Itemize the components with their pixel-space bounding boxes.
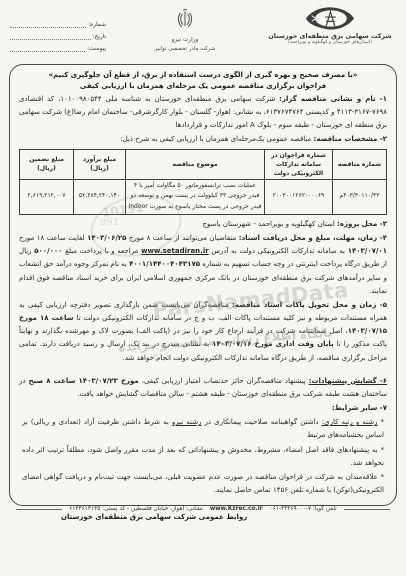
notice-title: فراخوان برگزاری مناقصه عمومی یک مرحله‌ای…: [19, 82, 387, 90]
item5-label: ۵- زمان و محل تحویل پاکات اسناد مناقصه:: [232, 301, 387, 309]
public-relations-signature: روابط عمومی شرکت سهامی برق منطقه‌ای خوزس…: [19, 513, 387, 521]
parent-company-name: شرکت مادر تخصصی توانیر: [130, 46, 240, 52]
item2-text: مناقصه عمومی یک‌مرحله‌ای همزمان با ارزیا…: [120, 135, 313, 143]
footer-right-rule: [344, 509, 390, 510]
item2-tender-specs: ۲- مشخصات مناقصه: مناقصه عمومی یک‌مرحله‌…: [19, 133, 387, 146]
item4-t4: مراجعه و با پرداخت مبلغ: [62, 247, 141, 255]
item3-label: ۳- محل پروژه:: [337, 220, 387, 228]
bullet-star: *: [378, 473, 384, 481]
scan-smudge: ~ ·: [318, 3, 388, 10]
item5-envelope-delivery: ۵- زمان و محل تحویل پاکات اسناد مناقصه: …: [19, 299, 387, 365]
item6-label: ۶- گشایش پیشنهادات:: [309, 377, 387, 385]
footer-address: نشانی: اهواز، خیابان فلسطین - کد پستی: ۶…: [69, 506, 203, 512]
header-setad-number: شماره فراخوان در سامانه تدارکات الکترونی…: [265, 149, 333, 179]
header-tender-number: شماره مناقصه: [333, 149, 387, 179]
item4-t2: لغایت ساعت ۱۸ مورخ: [19, 234, 87, 242]
item6-t1: پیشنهاد مناقصه‌گران حائز حدنصاب امتیاز ا…: [139, 377, 309, 385]
energy-slogan: «با مصرف صحیح و بهره گیری از الگوی درست …: [19, 71, 387, 79]
tender-table: شماره مناقصه شماره فراخوان در سامانه تدا…: [19, 149, 387, 215]
number-label: شماره:: [88, 22, 106, 28]
field-attachment: پیوست:: [10, 40, 106, 52]
date-label: تاریخ:: [93, 34, 107, 40]
condition1-lead: رشته و رتبه کاری:: [322, 418, 378, 426]
bullet-star: *: [377, 418, 384, 426]
condition-token-registration: * علاقه‌مندان به شرکت در فراخوان مناقصه …: [22, 471, 384, 497]
iran-emblem-icon: [176, 8, 194, 31]
condition-field-grade: * رشته و رتبه کاری: داشتن گواهینامه صلاح…: [22, 416, 384, 442]
conditions-list: * رشته و رتبه کاری: داشتن گواهینامه صلاح…: [19, 416, 387, 497]
number-dotted-line: [10, 19, 86, 28]
condition-invalid-bids: * به پیشنهادهای فاقد اصل امضاء، مشروط، م…: [22, 444, 384, 470]
item1-bidder-name-address: ۱- نام و نشانی مناقصه گزار: شرکت سهامی ب…: [19, 93, 387, 132]
ministry-name: وزارت نیرو: [130, 37, 240, 43]
scanned-tender-document: شرکت سهامی برق منطقه‌ای خوزستان (استان‌ه…: [0, 0, 406, 576]
item3-text: استان کهگیلویه و بویراحمد - شهرستان یاسو…: [203, 220, 338, 228]
footer-website: www.Kzrec.co.ir: [210, 506, 263, 512]
tender-table-header-row: شماره مناقصه شماره فراخوان در سامانه تدا…: [20, 149, 387, 179]
condition2-text: به پیشنهادهای فاقد اصل امضاء، مشروط، مخد…: [22, 446, 384, 467]
notice-box: «با مصرف صحیح و بهره گیری از الگوی درست …: [9, 64, 397, 506]
scan-edge-band: [78, 565, 406, 576]
date-dotted-line: [10, 31, 91, 40]
company-block: شرکت سهامی برق منطقه‌ای خوزستان (استان‌ه…: [264, 6, 396, 47]
cell-subject: عملیات نصب ترانسفورماتور ۵۰ مگاولت آمپر …: [126, 179, 265, 214]
footer-phone: تلفن گویا: ۷-۳۳۳۶۹۰۰۰-۰۶۱: [270, 506, 337, 512]
item4-t3: به سامانه تدارکات الکترونیکی دولت به آدر…: [209, 247, 348, 255]
condition3-text: علاقه‌مندان به شرکت در فراخوان مناقصه در…: [22, 473, 384, 494]
attachment-label: پیوست:: [87, 46, 106, 52]
item4-label: ۴- زمان، مهلت، مبلغ و محل دریافت اسناد:: [239, 234, 387, 242]
cell-estimate: ۵۲,۳۸۴,۲۴۰,۱۴۰: [74, 179, 126, 214]
header-guarantee: مبلغ تضمین (ریال): [20, 149, 74, 179]
item4-end-date: ۱۴۰۳/۰۷/۰۱: [348, 247, 387, 255]
item5-delivery-deadline: پایان وقت اداری مورخ ۱۴۰۳/۰۷/۱۶: [212, 340, 333, 348]
cell-guarantee: ۲,۶۱۹,۲۱۲,۰۰۷: [20, 179, 74, 214]
header-subject: موضوع مناقصه: [126, 149, 265, 179]
item6-opening-date: مورخ ۱۴۰۳/۰۷/۲۳ ساعت ۸ صبح: [28, 377, 138, 385]
item4-fee-amount: ۵۰۰/۰۰۰: [34, 247, 62, 255]
company-subtitle: (استان‌های خوزستان و کهگیلویه و بویراحمد…: [264, 40, 396, 46]
item7-label: ۷- سایر شرایط:: [332, 404, 387, 412]
condition1-t1: داشتن گواهینامه صلاحیت پیمانکاری در: [201, 418, 321, 426]
bullet-star: *: [378, 446, 384, 454]
item1-label: ۱- نام و نشانی مناقصه گزار:: [279, 95, 387, 103]
field-number: شماره:: [10, 16, 106, 28]
cell-tender-number: ۴۰۳/۳۰۱۱۰/۳۳م: [333, 179, 387, 214]
cell-setad-number: ۲۰۰۳۰۰۱۲۶۲۰۰۰۰۶۹: [265, 179, 333, 214]
correspondence-fields: شماره: تاریخ: پیوست:: [10, 6, 106, 52]
footer-contact-strip: نشانی: اهواز، خیابان فلسطین - کد پستی: ۶…: [0, 506, 406, 512]
item2-label: ۲- مشخصات مناقصه:: [314, 135, 387, 143]
item6-bid-opening: ۶- گشایش پیشنهادات: پیشنهاد مناقصه‌گران …: [19, 375, 387, 401]
header-estimate: مبلغ برآورد (ریال): [74, 149, 126, 179]
letterhead: شرکت سهامی برق منطقه‌ای خوزستان (استان‌ه…: [10, 6, 396, 64]
ministry-block: وزارت نیرو شرکت مادر تخصصی توانیر: [130, 6, 240, 52]
condition1-power-field: رشته نیرو: [172, 418, 202, 426]
attachment-dotted-line: [10, 43, 85, 52]
tender-table-row: ۴۰۳/۳۰۱۱۰/۳۳م ۲۰۰۳۰۰۱۲۶۲۰۰۰۰۶۹ عملیات نص…: [20, 179, 387, 214]
item3-project-location: ۳- محل پروژه: استان کهگیلویه و بویراحمد …: [19, 218, 387, 231]
item4-start-date: ۱۴۰۳/۰۶/۲۵: [87, 234, 126, 242]
item4-document-purchase: ۴- زمان، مهلت، مبلغ و محل دریافت اسناد: …: [19, 232, 387, 298]
setadiran-url: www.setadiran.ir: [141, 247, 209, 255]
item7-other-conditions: ۷- سایر شرایط:: [19, 402, 387, 415]
footer-left-rule: [16, 509, 62, 510]
item4-t1: متقاضیان می‌توانند از ساعت ۸ مورخ: [126, 234, 238, 242]
field-date: تاریخ:: [10, 28, 106, 40]
item4-account-number: ۴۰۰۱/۱۴۴۰۰۴۰۴۳۱۷۵: [129, 260, 200, 268]
